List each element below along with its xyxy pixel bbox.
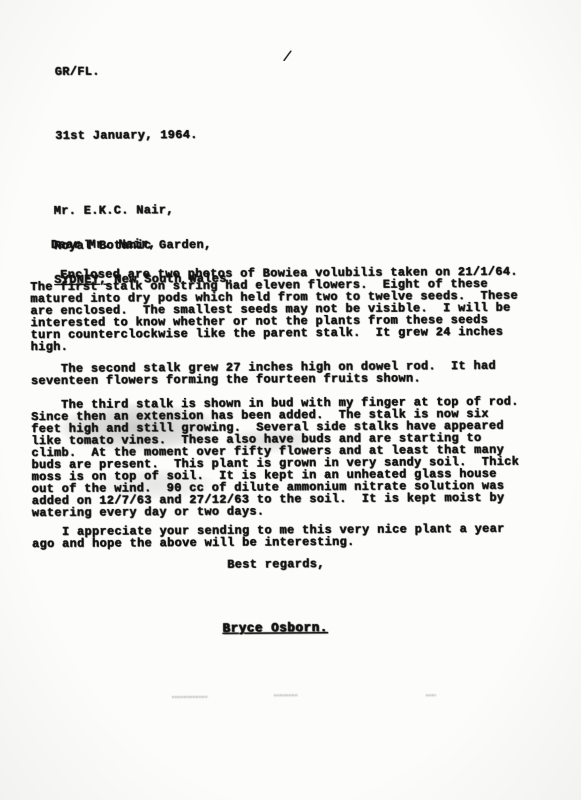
- signature-name: Bryce Osborn.: [223, 622, 328, 635]
- letter-sheet: GR/FL. / 31st January, 1964. Mr. E.K.C. …: [0, 0, 581, 800]
- closing-line: Best regards,: [227, 558, 325, 571]
- salutation: Dear Mr. Nair,: [51, 238, 156, 251]
- faint-pencil-mark: [172, 696, 208, 698]
- body-paragraph-4: I appreciate your sending to me this ver…: [32, 522, 572, 550]
- faint-pencil-mark: [426, 694, 436, 696]
- scanned-letter-page: GR/FL. / 31st January, 1964. Mr. E.K.C. …: [0, 0, 581, 800]
- stray-slash-mark: /: [282, 52, 293, 65]
- body-paragraph-2: The second stalk grew 27 inches high on …: [31, 359, 571, 387]
- body-paragraph-3: The third stalk is shown in bud with my …: [31, 395, 572, 519]
- recipient-name: Mr. E.K.C. Nair,: [54, 205, 234, 218]
- faint-pencil-mark: [274, 694, 298, 696]
- date-line: 31st January, 1964.: [55, 129, 198, 142]
- body-paragraph-1: Enclosed are two photos of Bowiea volubi…: [30, 265, 571, 353]
- reference-code: GR/FL.: [55, 66, 100, 78]
